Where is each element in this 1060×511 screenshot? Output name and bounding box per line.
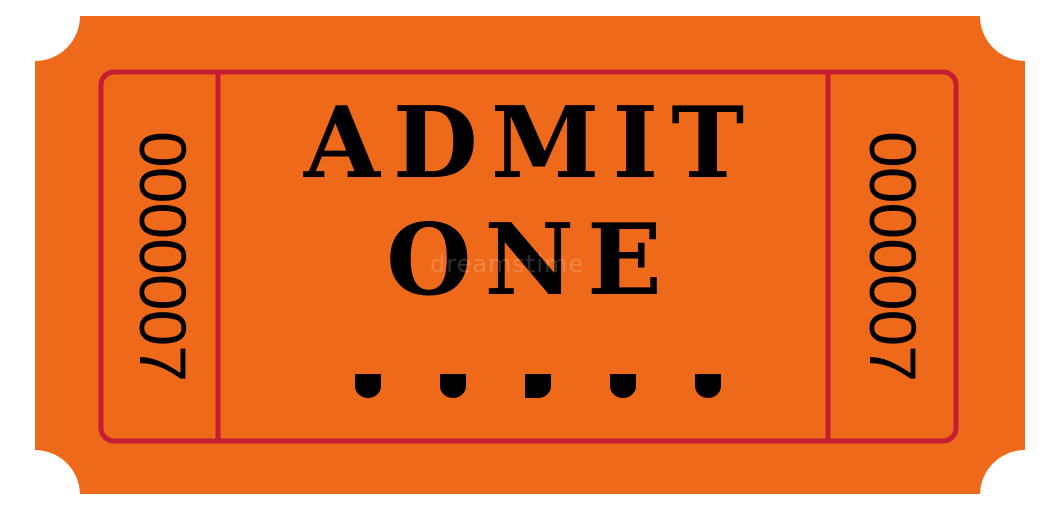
dot-icon	[355, 374, 381, 398]
serial-number-left: 0000007	[130, 106, 196, 406]
watermark: dreamstime	[430, 250, 584, 278]
dot-icon	[440, 374, 466, 398]
dot-icon	[610, 374, 636, 398]
headline-admit: ADMIT	[220, 95, 828, 193]
serial-number-right: 0000007	[860, 106, 926, 406]
dot-icon	[695, 374, 721, 398]
perforation-dots	[355, 374, 725, 400]
dot-icon	[525, 374, 551, 398]
